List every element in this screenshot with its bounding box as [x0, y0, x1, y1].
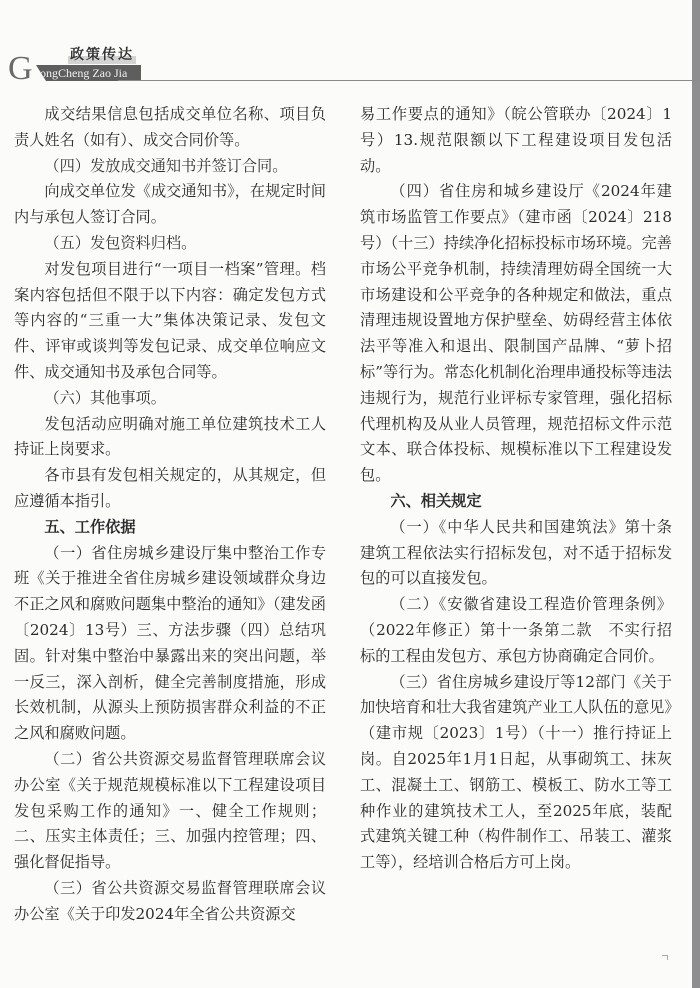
subheading: （六）其他事项。	[14, 386, 326, 412]
paragraph: （三）省住房城乡建设厅等12部门《关于加快培育和壮大我省建筑产业工人队伍的意见》…	[360, 670, 672, 876]
paragraph: （二）《安徽省建设工程造价管理条例》（2022年修正）第十一条第二款 不实行招标…	[360, 592, 672, 669]
header-rule	[118, 80, 698, 81]
paragraph: （一）省住房城乡建设厅集中整治工作专班《关于推进全省住房城乡建设领域群众身边不正…	[14, 541, 326, 747]
section-heading: 五、工作依据	[14, 515, 326, 541]
subheading: （五）发包资料归档。	[14, 231, 326, 257]
logo-letter: G	[8, 52, 33, 86]
paragraph: （一）《中华人民共和国建筑法》第十条 建筑工程依法实行招标发包，对不适于招标发包…	[360, 515, 672, 592]
paragraph: （二）省公共资源交易监督管理联席会议办公室《关于规范规模标准以下工程建设项目发包…	[14, 747, 326, 876]
left-column: 成交结果信息包括成交单位名称、项目负责人姓名（如有）、成交合同价等。 （四）发放…	[14, 102, 326, 928]
subheading: （四）发放成交通知书并签订合同。	[14, 154, 326, 180]
paragraph: 各市县有发包相关规定的，从其规定，但应遵循本指引。	[14, 463, 326, 515]
paragraph: 向成交单位发《成交通知书》，在规定时间内与承包人签订合同。	[14, 179, 326, 231]
corner-mark	[662, 955, 668, 960]
page-edge-bar	[692, 0, 700, 988]
paragraph: （三）省公共资源交易监督管理联席会议办公室《关于印发2024年全省公共资源交	[14, 876, 326, 928]
paragraph: 对发包项目进行“一项目一档案”管理。档案内容包括但不限于以下内容：确定发包方式等…	[14, 257, 326, 386]
magazine-banner: ongCheng Zao Jia	[36, 65, 141, 81]
right-column: 易工作要点的通知》（皖公管联办〔2024〕1号）13.规范限额以下工程建设项目发…	[360, 102, 672, 876]
paragraph: 成交结果信息包括成交单位名称、项目负责人姓名（如有）、成交合同价等。	[14, 102, 326, 154]
paragraph-continuation: 易工作要点的通知》（皖公管联办〔2024〕1号）13.规范限额以下工程建设项目发…	[360, 102, 672, 179]
paragraph: （四）省住房和城乡建设厅《2024年建筑市场监管工作要点》（建市函〔2024〕2…	[360, 179, 672, 489]
paragraph: 发包活动应明确对施工单位建筑技术工人持证上岗要求。	[14, 412, 326, 464]
page-header: G 政策传达 ongCheng Zao Jia	[8, 44, 698, 84]
section-heading: 六、相关规定	[360, 489, 672, 515]
section-title: 政策传达	[68, 44, 136, 64]
